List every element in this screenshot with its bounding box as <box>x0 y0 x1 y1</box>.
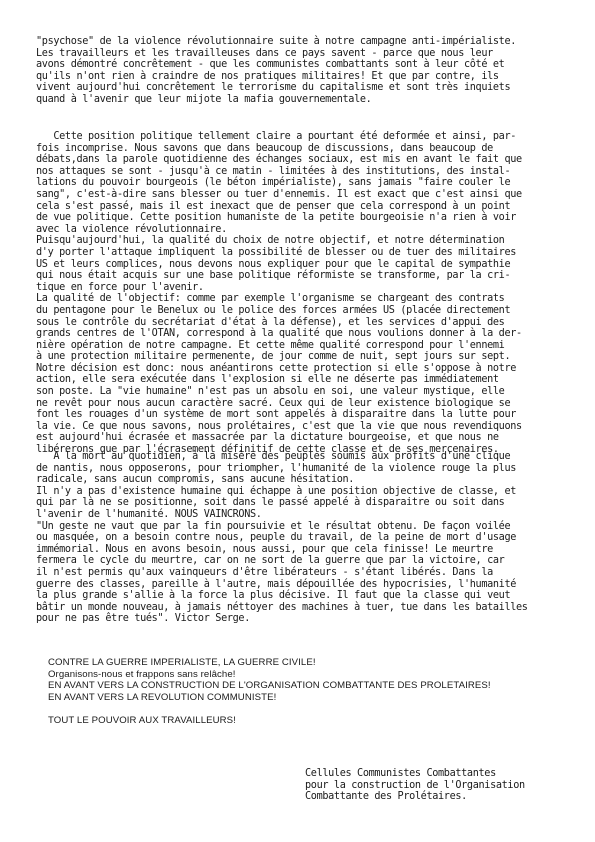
text-line: fois incomprise. Nous savons que dans be… <box>36 143 522 155</box>
text-line: A la mort au quotidien, à la misère des … <box>36 451 528 463</box>
text-line: à une protection militaire permenente, d… <box>36 351 522 363</box>
signature-line: pour la construction de l'Organisation <box>305 780 525 792</box>
text-line: action, elle sera exécutée dans l'explos… <box>36 374 522 386</box>
text-line: lations du pouvoir bourgeois (le béton i… <box>36 177 522 189</box>
signature-line: Combattante des Prolétaires. <box>305 791 525 803</box>
slogan-line: CONTRE LA GUERRE IMPERIALISTE, LA GUERRE… <box>48 657 491 669</box>
text-line: "Un geste ne vaut que par la fin poursui… <box>36 521 528 533</box>
slogan-line: EN AVANT VERS LA CONSTRUCTION DE L'ORGAN… <box>48 680 491 692</box>
text-line: ou masquée, on a besoin contre nous, peu… <box>36 532 528 544</box>
slogan-line: EN AVANT VERS LA REVOLUTION COMMUNISTE! <box>48 692 491 704</box>
text-line: de vue politique. Cette position humanis… <box>36 212 522 224</box>
text-line: US et leurs complices, nous devons nous … <box>36 259 522 271</box>
paragraph-mort-au-quotidien: A la mort au quotidien, à la misère des … <box>36 451 528 625</box>
text-line: bâtir un monde nouveau, à jamais néttoye… <box>36 602 528 614</box>
text-line: nos attaques se sont - jusqu'à ce matin … <box>36 166 522 178</box>
final-slogan: TOUT LE POUVOIR AUX TRAVAILLEURS! <box>48 715 491 727</box>
text-line: fermera le cycle du meurtre, car on ne s… <box>36 555 528 567</box>
slogans-block: CONTRE LA GUERRE IMPERIALISTE, LA GUERRE… <box>48 657 491 727</box>
text-line: qui par là ne se positionne, soit dans l… <box>36 497 528 509</box>
text-line: qui nous était acquis sur une base polit… <box>36 270 522 282</box>
text-line: sous le contrôle du secrétariat d'état à… <box>36 317 522 329</box>
text-line: "psychose" de la violence révolutionnair… <box>36 36 516 48</box>
text-line: de nantis, nous opposerons, pour triomph… <box>36 463 528 475</box>
text-line: pour ne pas être tués". Victor Serge. <box>36 613 528 625</box>
text-line: du pentagone pour le Benelux ou le polic… <box>36 305 522 317</box>
text-line: nière opération de notre campagne. Et ce… <box>36 340 522 352</box>
text-line: est aujourd'hui écrasée et massacrée par… <box>36 432 522 444</box>
text-line: Notre décision est donc: nous anéantiron… <box>36 363 522 375</box>
text-line: avec la violence révolutionnaire. <box>36 224 522 236</box>
text-line: l'avenir de l'humanité. NOUS VAINCRONS. <box>36 509 528 521</box>
text-line: il n'est permis qu'aux vainqueurs d'être… <box>36 567 528 579</box>
text-line: son poste. La "vie humaine" n'est pas un… <box>36 386 522 398</box>
text-line: quand à l'avenir que leur mijote la mafi… <box>36 94 516 106</box>
text-line: qu'ils n'ont rien à craindre de nos prat… <box>36 71 516 83</box>
paragraph-psychose: "psychose" de la violence révolutionnair… <box>36 36 516 106</box>
text-line: grands centres de l'OTAN, correspond à l… <box>36 328 522 340</box>
text-line: avons démontré concrêtement - que les co… <box>36 59 516 71</box>
slogan-line: Organisons-nous et frappons sans relâche… <box>48 669 491 681</box>
text-line: d'y porter l'attaque impliquent la possi… <box>36 247 522 259</box>
document-page: "psychose" de la violence révolutionnair… <box>0 0 595 842</box>
text-line: Puisqu'aujourd'hui, la qualité du choix … <box>36 235 522 247</box>
text-line: Les travailleurs et les travailleuses da… <box>36 48 516 60</box>
text-line: la plus grande s'allie à la force la plu… <box>36 590 528 602</box>
text-line: guerre des classes, pareille à l'autre, … <box>36 579 528 591</box>
text-line: cela s'est passé, mais il est inexact qu… <box>36 201 522 213</box>
signature-block: Cellules Communistes Combattantes pour l… <box>305 768 525 803</box>
text-line: Cette position politique tellement clair… <box>36 131 522 143</box>
text-line: ne revêt pour nous aucun caractère sacré… <box>36 398 522 410</box>
text-line: débats,dans la parole quotidienne des éc… <box>36 154 522 166</box>
text-line: La qualité de l'objectif: comme par exem… <box>36 293 522 305</box>
text-line: vivent aujourd'hui concrêtement le terro… <box>36 82 516 94</box>
signature-line: Cellules Communistes Combattantes <box>305 768 525 780</box>
text-line: radicale, sans aucun compromis, sans auc… <box>36 474 528 486</box>
text-line: la vie. Ce que nous savons, nous proléta… <box>36 421 522 433</box>
spacer <box>48 703 491 715</box>
text-line: immémorial. Nous en avons besoin, nous a… <box>36 544 528 556</box>
text-line: tique en force pour l'avenir. <box>36 282 522 294</box>
text-line: font les rouages d'un système de mort so… <box>36 409 522 421</box>
text-line: Il n'y a pas d'existence humaine qui éch… <box>36 486 528 498</box>
text-line: sang", c'est-à-dire sans blesser ou tuer… <box>36 189 522 201</box>
paragraph-position-politique: Cette position politique tellement clair… <box>36 131 522 456</box>
